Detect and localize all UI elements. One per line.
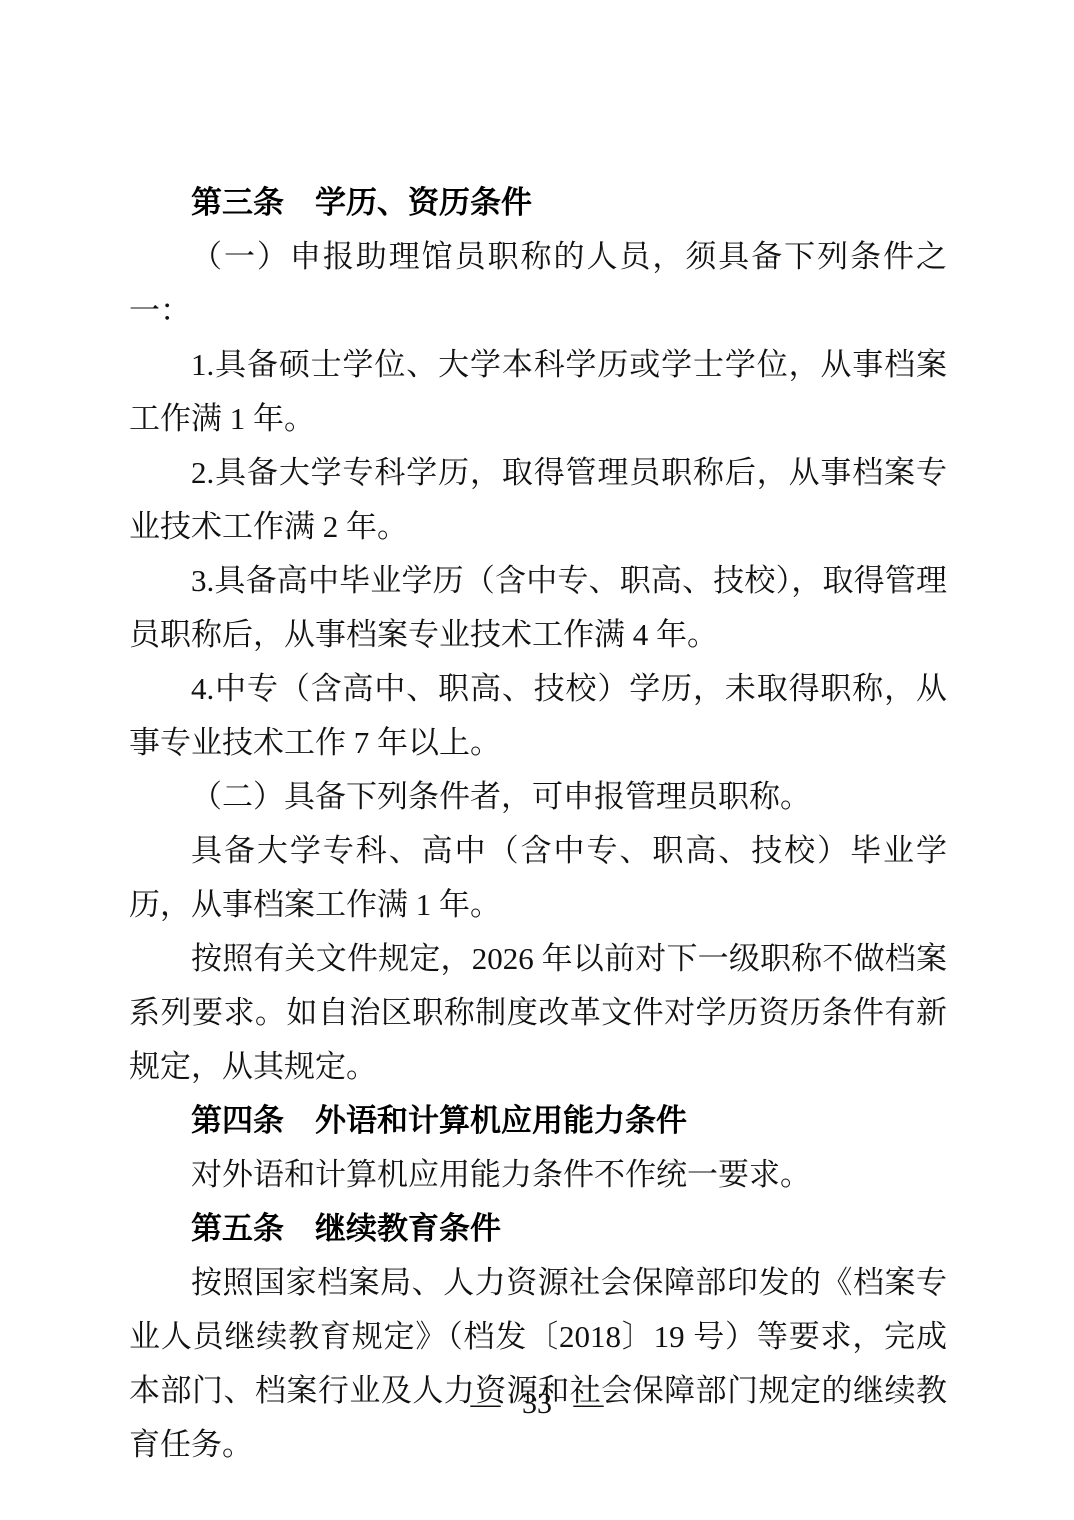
clause-1-item-2: 2.具备大学专科学历，取得管理员职称后，从事档案专业技术工作满 2 年。 [129, 446, 947, 554]
clause-2-intro: （二）具备下列条件者，可申报管理员职称。 [129, 770, 947, 824]
article-5-heading: 第五条 继续教育条件 [129, 1202, 947, 1256]
article-3-heading: 第三条 学历、资历条件 [129, 176, 947, 230]
clause-1-item-4: 4.中专（含高中、职高、技校）学历，未取得职称，从事专业技术工作 7 年以上。 [129, 662, 947, 770]
document-page: 第三条 学历、资历条件 （一）申报助理馆员职称的人员，须具备下列条件之一： 1.… [0, 0, 1074, 1520]
clause-1-item-3: 3.具备高中毕业学历（含中专、职高、技校），取得管理员职称后，从事档案专业技术工… [129, 554, 947, 662]
transition-provision: 按照有关文件规定，2026 年以前对下一级职称不做档案系列要求。如自治区职称制度… [129, 932, 947, 1094]
article-4-body: 对外语和计算机应用能力条件不作统一要求。 [129, 1148, 947, 1202]
page-footer: — 33 — [0, 1384, 1074, 1424]
clause-2-requirement: 具备大学专科、高中（含中专、职高、技校）毕业学历，从事档案工作满 1 年。 [129, 824, 947, 932]
clause-1-item-1: 1.具备硕士学位、大学本科学历或学士学位，从事档案工作满 1 年。 [129, 338, 947, 446]
clause-1-intro: （一）申报助理馆员职称的人员，须具备下列条件之一： [129, 230, 947, 338]
page-number: — 33 — [471, 1387, 604, 1420]
article-5-body: 按照国家档案局、人力资源社会保障部印发的《档案专业人员继续教育规定》（档发〔20… [129, 1256, 947, 1472]
document-body: 第三条 学历、资历条件 （一）申报助理馆员职称的人员，须具备下列条件之一： 1.… [129, 176, 947, 1472]
article-4-heading: 第四条 外语和计算机应用能力条件 [129, 1094, 947, 1148]
